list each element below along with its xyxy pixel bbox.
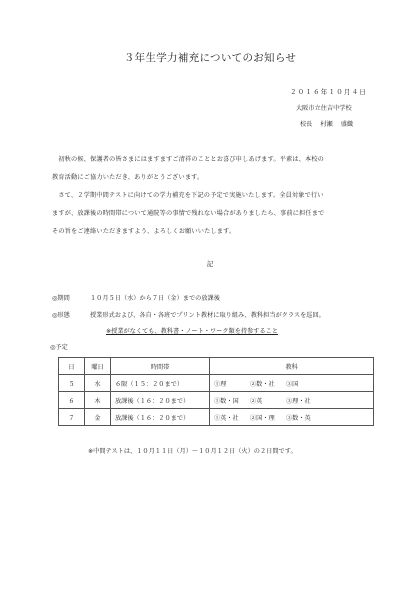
table-header-row: 日 曜日 時間帯 教科 — [59, 358, 374, 375]
cell-subjects: ①理 ②数・社 ③国 — [210, 375, 374, 392]
subject-3: ③国 — [286, 379, 322, 388]
format-label: ◎形態 — [52, 310, 90, 319]
subject-1: ①英・社 — [214, 413, 250, 422]
schedule-label: ◎予定 — [50, 342, 68, 351]
cell-weekday: 金 — [85, 409, 111, 426]
header-time: 時間帯 — [111, 358, 210, 375]
principal-family-name: 村瀬 — [320, 121, 332, 128]
cell-time: 放課後（１６：２０まで） — [111, 409, 210, 426]
subject-2: ②英 — [250, 396, 286, 405]
table-row: ７ 金 放課後（１６：２０まで） ①英・社 ②国・理 ③数・英 — [59, 409, 374, 426]
subject-3: ③数・英 — [286, 413, 322, 422]
subject-1: ①数・国 — [214, 396, 250, 405]
document-title: ３年生学力補充についてのお知らせ — [0, 50, 420, 65]
subject-2: ②国・理 — [250, 413, 286, 422]
body-paragraph-line: 教育活動にご協力いただき、ありがとうございます。 — [52, 172, 203, 181]
format-value: 授業形式および、各自・各班でプリント教材に取り組み、教科担当がクラスを巡回。 — [90, 312, 325, 319]
subject-2: ②数・社 — [250, 379, 286, 388]
kigo-heading: 記 — [0, 259, 420, 268]
cell-time: ６限（１５：２０まで） — [111, 375, 210, 392]
principal-role: 校長 — [300, 121, 312, 128]
table-row: ６ 木 放課後（１６：２０まで） ①数・国 ②英 ③理・社 — [59, 392, 374, 409]
cell-subjects: ①数・国 ②英 ③理・社 — [210, 392, 374, 409]
bring-materials-note: ※授業がなくても、教科書・ノート・ワーク類を持参すること — [106, 326, 278, 335]
body-paragraph-line: さて、２学期中間テストに向けての学力補充を下記の予定で実施いたします。全員対象で… — [52, 190, 324, 199]
body-paragraph-line: ますが、放課後の時間帯について通院等の事情で残れない場合がありましたら、事前に担… — [52, 208, 324, 217]
header-subjects: 教科 — [210, 358, 374, 375]
cell-time: 放課後（１６：２０まで） — [111, 392, 210, 409]
table-row: ５ 水 ６限（１５：２０まで） ①理 ②数・社 ③国 — [59, 375, 374, 392]
cell-day: ６ — [59, 392, 85, 409]
midterm-test-note: ※中間テストは、１０月１１日（月）～１０月１２日（火）の２日間です。 — [88, 446, 297, 455]
period-label: ◎期間 — [52, 293, 90, 302]
header-weekday: 曜日 — [85, 358, 111, 375]
principal-signature: 校長 村瀬 盛織 — [300, 119, 359, 128]
principal-given-name: 盛織 — [341, 121, 353, 128]
period-item: ◎期間１０月５日（水）から７日（金）までの放課後 — [52, 293, 220, 302]
schedule-table: 日 曜日 時間帯 教科 ５ 水 ６限（１５：２０まで） ①理 ②数・社 ③国 ６… — [58, 357, 374, 426]
body-paragraph-line: その旨をご連絡いただきますよう、よろしくお願いいたします。 — [52, 226, 235, 235]
cell-subjects: ①英・社 ②国・理 ③数・英 — [210, 409, 374, 426]
header-day: 日 — [59, 358, 85, 375]
school-name: 大阪市立住吉中学校 — [296, 103, 352, 112]
cell-day: ５ — [59, 375, 85, 392]
body-paragraph-line: 初秋の候、保護者の皆さまにはますますご清祥のこととお喜び申しあげます。平素は、本… — [52, 154, 324, 163]
cell-day: ７ — [59, 409, 85, 426]
issue-date: ２０１６年１０月４日 — [290, 87, 367, 96]
format-item: ◎形態授業形式および、各自・各班でプリント教材に取り組み、教科担当がクラスを巡回… — [52, 310, 325, 319]
subject-1: ①理 — [214, 379, 250, 388]
subject-3: ③理・社 — [286, 396, 322, 405]
cell-weekday: 木 — [85, 392, 111, 409]
cell-weekday: 水 — [85, 375, 111, 392]
period-value: １０月５日（水）から７日（金）までの放課後 — [90, 295, 220, 302]
document-page: ３年生学力補充についてのお知らせ ２０１６年１０月４日 大阪市立住吉中学校 校長… — [0, 0, 420, 594]
